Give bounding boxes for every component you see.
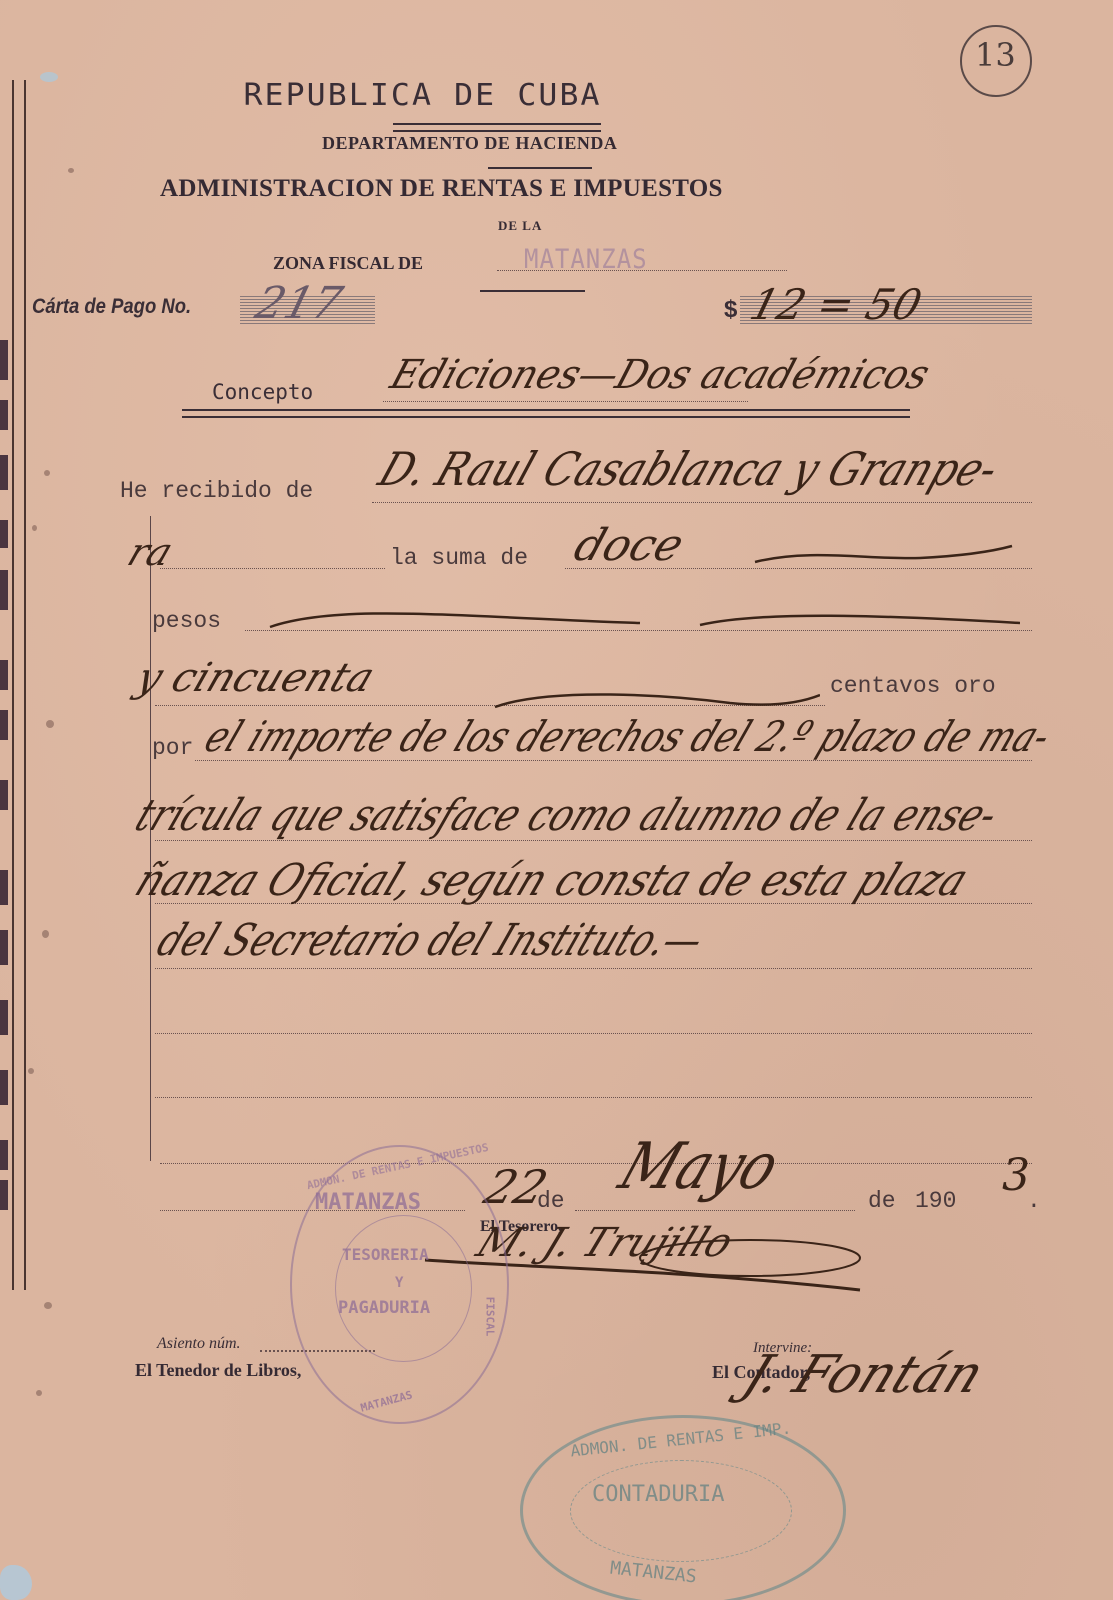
- tesoreria-stamp-center-3: PAGADURIA: [338, 1298, 430, 1318]
- paper-tear: [0, 1565, 32, 1600]
- tesoreria-stamp-center-2: Y: [395, 1275, 403, 1291]
- pesos-filler-stroke: [260, 605, 1020, 635]
- contador-signature: J. Fontán: [735, 1345, 993, 1405]
- asiento-line: [260, 1350, 375, 1352]
- stub-mark: [0, 1180, 8, 1210]
- stub-mark: [0, 1070, 8, 1105]
- stub-mark: [0, 660, 8, 690]
- suma-label: la suma de: [390, 545, 528, 571]
- suma-value: doce: [568, 520, 690, 571]
- tesoreria-stamp-inner: [335, 1215, 472, 1362]
- carta-number: 217: [250, 278, 348, 329]
- contaduria-stamp-inner: [570, 1460, 792, 1562]
- binding-hole: [68, 168, 74, 173]
- por-line-6: [155, 1097, 1032, 1098]
- carta-label: Cárta de Pago No.: [32, 295, 191, 319]
- recibido-label: He recibido de: [120, 478, 313, 504]
- por-line-7: [160, 1163, 1032, 1164]
- por-line-5: [155, 1033, 1032, 1034]
- tesoreria-stamp-city: MATANZAS: [315, 1190, 421, 1215]
- binding-hole: [42, 930, 49, 938]
- tesoreria-stamp-center-1: TESORERIA: [342, 1245, 429, 1264]
- stub-mark: [0, 930, 8, 965]
- date-de-2: de: [868, 1188, 896, 1214]
- month-line: [575, 1210, 855, 1211]
- date-de-1: de: [537, 1188, 565, 1214]
- centavos-label: centavos oro: [830, 673, 996, 699]
- dollar-sign: $: [724, 296, 737, 324]
- date-year-suffix: 3: [1002, 1150, 1030, 1201]
- document-title: REPUBLICA DE CUBA: [243, 78, 601, 113]
- binding-hole: [46, 720, 54, 728]
- name-continuation-line: [160, 568, 385, 569]
- left-border-rule-outer: [12, 80, 14, 1290]
- date-month: Mayo: [610, 1130, 789, 1204]
- date-period: .: [1027, 1188, 1041, 1214]
- stub-mark: [0, 1140, 8, 1170]
- centavos-filler-stroke: [490, 685, 820, 715]
- tenedor-label: El Tenedor de Libros,: [135, 1360, 301, 1381]
- centavos-value: y cincuenta: [130, 655, 381, 701]
- de-la-label: DE LA: [498, 218, 542, 234]
- binding-hole: [40, 72, 58, 82]
- binding-hole: [44, 470, 50, 476]
- department-name: DEPARTAMENTO DE HACIENDA: [322, 133, 617, 154]
- por-line-4: [155, 968, 1032, 969]
- stub-mark: [0, 520, 8, 548]
- por-text-line-2: trícula que satisface como alumno de la …: [128, 790, 1005, 841]
- page-number: 13: [975, 36, 1016, 74]
- left-border-rule-inner: [24, 80, 26, 1290]
- zona-fiscal-label: ZONA FISCAL DE: [273, 253, 423, 274]
- concepto-label: Concepto: [212, 380, 313, 404]
- amount-value: 12 = 50: [745, 280, 927, 329]
- stub-mark: [0, 710, 8, 740]
- recibido-line: [372, 502, 1032, 503]
- stub-mark: [0, 870, 8, 905]
- binding-hole: [44, 1302, 52, 1309]
- concepto-double-rule: [182, 409, 910, 418]
- por-text-line-4: del Secretario del Instituto.—: [150, 915, 711, 966]
- title-double-rule: [393, 123, 601, 132]
- por-text-line-3: ñanza Oficial, según consta de esta plaz…: [128, 855, 975, 906]
- stub-mark: [0, 780, 8, 810]
- por-label: por: [152, 735, 193, 761]
- binding-hole: [28, 1068, 34, 1074]
- zona-rule: [480, 290, 585, 292]
- stub-mark: [0, 400, 8, 430]
- por-text-line-1: el importe de los derechos del 2.º plazo…: [198, 712, 1058, 761]
- suma-filler-stroke: [750, 540, 1020, 570]
- department-rule: [488, 167, 592, 169]
- concepto-value: Ediciones—Dos académicos: [385, 352, 935, 398]
- stub-mark: [0, 1000, 8, 1035]
- stub-mark: [0, 340, 8, 380]
- zona-fiscal-stamp: MATANZAS: [524, 244, 648, 275]
- contaduria-stamp-center: CONTADURIA: [592, 1482, 724, 1507]
- concepto-line: [383, 401, 748, 402]
- pesos-label: pesos: [152, 608, 221, 634]
- stub-mark: [0, 455, 8, 490]
- recibido-value-line1: D. Raul Casablanca y Granpe-: [372, 442, 1006, 496]
- binding-hole: [36, 1390, 42, 1396]
- asiento-label: Asiento núm.: [157, 1335, 241, 1353]
- tesoreria-stamp-ring-right: FISCAL: [483, 1297, 496, 1337]
- date-year-prefix: 190: [915, 1188, 956, 1214]
- binding-hole: [32, 525, 37, 531]
- stub-mark: [0, 570, 8, 610]
- administration-name: ADMINISTRACION DE RENTAS E IMPUESTOS: [160, 175, 723, 203]
